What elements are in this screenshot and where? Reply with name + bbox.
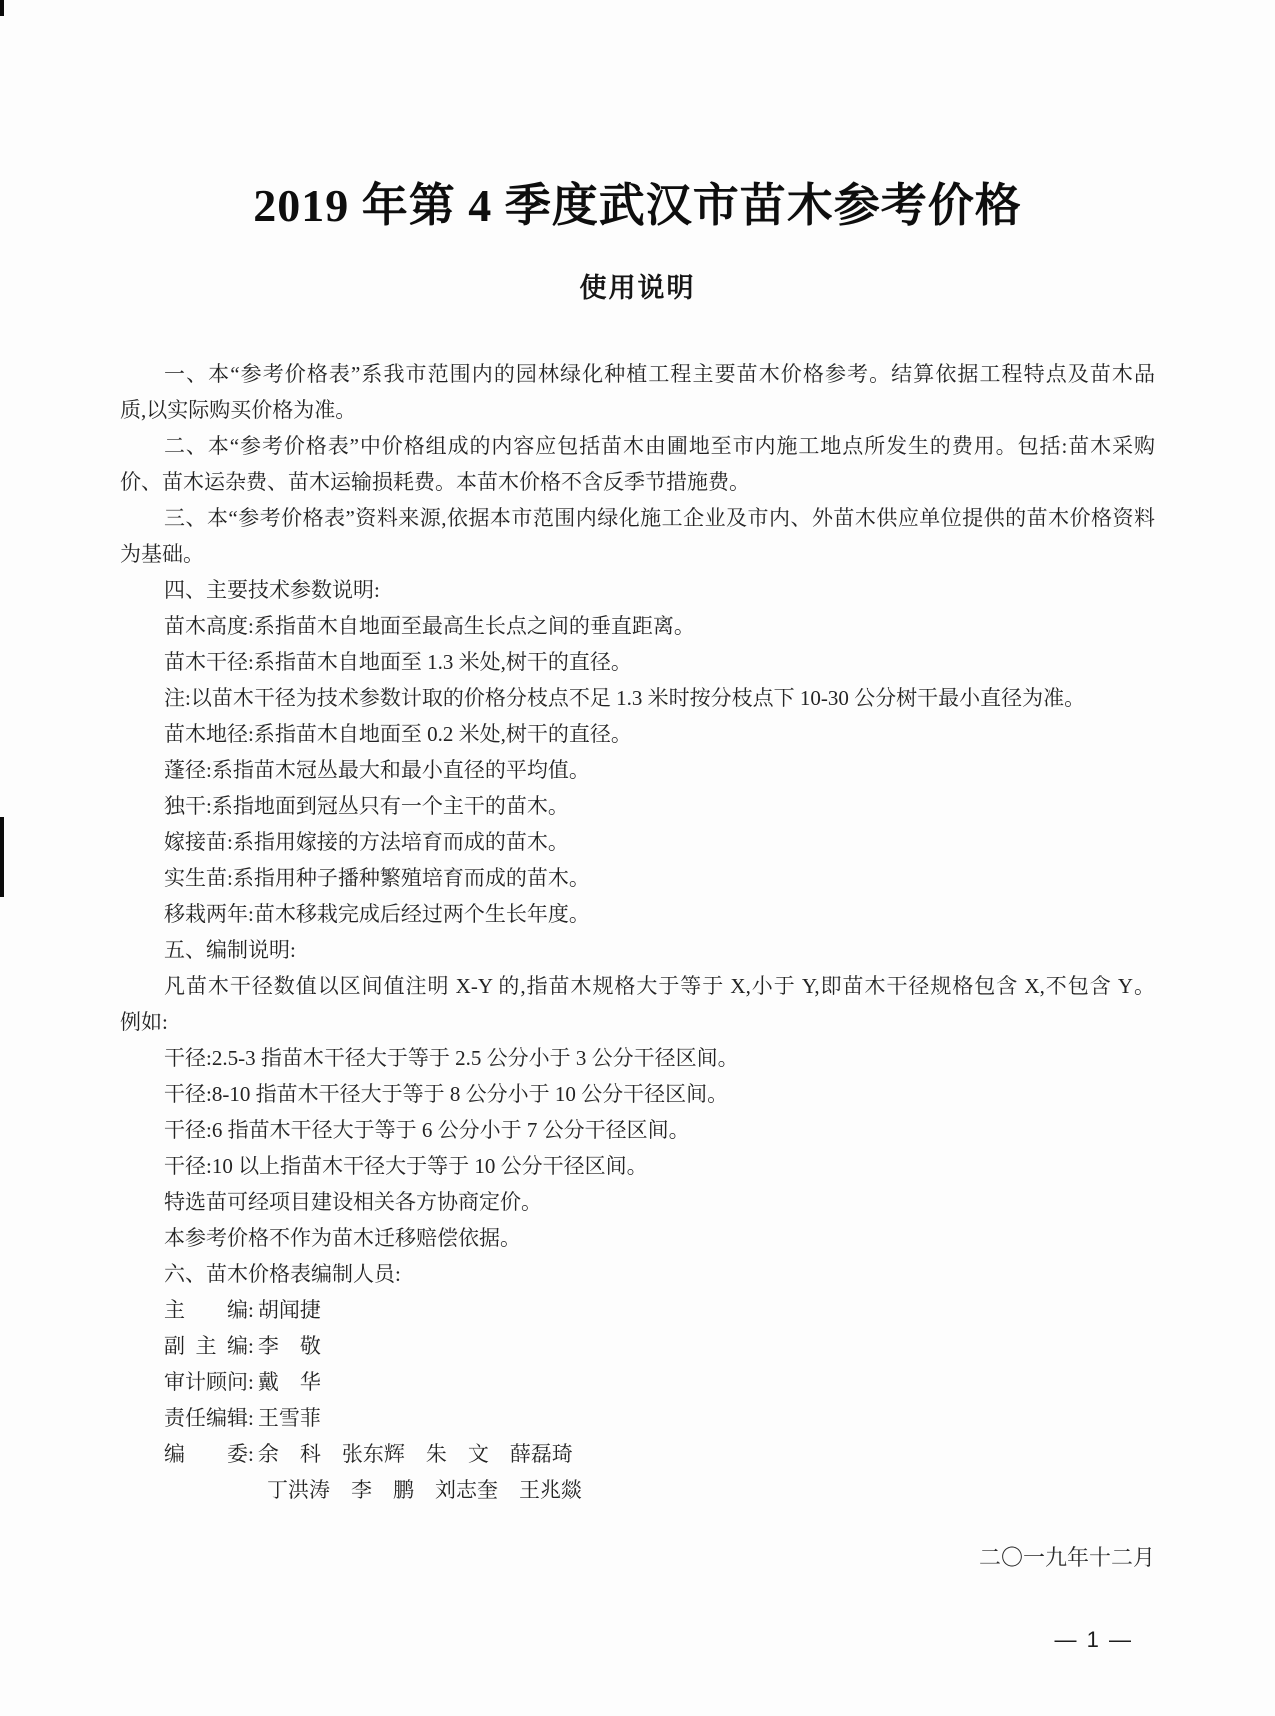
editor-colon: : [248,1364,254,1400]
editor-role-label: 副 主 编 [164,1328,248,1364]
body-text: 一、本“参考价格表”系我市范围内的园林绿化种植工程主要苗木价格参考。结算依据工程… [120,356,1155,1292]
committee-continuation: 丁洪涛 李 鹏 刘志奎 王兆燚 [120,1472,1155,1508]
body-line: 苗木干径:系指苗木自地面至 1.3 米处,树干的直径。 [120,644,1155,680]
body-line: 干径:6 指苗木干径大于等于 6 公分小于 7 公分干径区间。 [120,1112,1155,1148]
editor-names: 戴 华 [258,1364,321,1400]
editor-row: 副 主 编:李 敬 [120,1328,1155,1364]
body-line: 凡苗木干径数值以区间值注明 X-Y 的,指苗木规格大于等于 X,小于 Y,即苗木… [120,968,1155,1004]
body-line: 五、编制说明: [120,932,1155,968]
scan-artifact-corner [0,0,4,16]
scan-artifact-edge [0,817,4,897]
body-line: 注:以苗木干径为技术参数计取的价格分枝点不足 1.3 米时按分枝点下 10-30… [120,680,1155,716]
section-subtitle: 使用说明 [120,268,1155,308]
body-line: 二、本“参考价格表”中价格组成的内容应包括苗木由圃地至市内施工地点所发生的费用。… [120,428,1155,464]
body-line: 苗木高度:系指苗木自地面至最高生长点之间的垂直距离。 [120,608,1155,644]
editor-role-label: 责任编辑 [164,1400,248,1436]
body-line: 特选苗可经项目建设相关各方协商定价。 [120,1184,1155,1220]
body-line: 四、主要技术参数说明: [120,572,1155,608]
editor-names: 余 科 张东辉 朱 文 薛磊琦 [258,1436,573,1472]
body-line: 为基础。 [120,536,1155,572]
body-line: 本参考价格不作为苗木迁移赔偿依据。 [120,1220,1155,1256]
editor-row: 主 编:胡闻捷 [120,1292,1155,1328]
body-line: 苗木地径:系指苗木自地面至 0.2 米处,树干的直径。 [120,716,1155,752]
page-number: — 1 — [120,1622,1155,1658]
body-line: 一、本“参考价格表”系我市范围内的园林绿化种植工程主要苗木价格参考。结算依据工程… [120,356,1155,392]
editor-row: 编 委:余 科 张东辉 朱 文 薛磊琦 [120,1436,1155,1472]
body-line: 干径:2.5-3 指苗木干径大于等于 2.5 公分小于 3 公分干径区间。 [120,1040,1155,1076]
body-line: 三、本“参考价格表”资料来源,依据本市范围内绿化施工企业及市内、外苗木供应单位提… [120,500,1155,536]
body-line: 实生苗:系指用种子播种繁殖培育而成的苗木。 [120,860,1155,896]
editors-block: 主 编:胡闻捷副 主 编:李 敬审计顾问:戴 华责任编辑:王雪菲编 委:余 科 … [120,1292,1155,1472]
editor-colon: : [248,1400,254,1436]
editor-colon: : [248,1436,254,1472]
editor-role-label: 主 编 [164,1292,248,1328]
body-line: 质,以实际购买价格为准。 [120,392,1155,428]
editor-colon: : [248,1292,254,1328]
body-line: 六、苗木价格表编制人员: [120,1256,1155,1292]
body-line: 移栽两年:苗木移栽完成后经过两个生长年度。 [120,896,1155,932]
body-line: 价、苗木运杂费、苗木运输损耗费。本苗木价格不含反季节措施费。 [120,464,1155,500]
body-line: 嫁接苗:系指用嫁接的方法培育而成的苗木。 [120,824,1155,860]
body-line: 干径:8-10 指苗木干径大于等于 8 公分小于 10 公分干径区间。 [120,1076,1155,1112]
body-line: 独干:系指地面到冠丛只有一个主干的苗木。 [120,788,1155,824]
editor-names: 李 敬 [258,1328,321,1364]
body-line: 干径:10 以上指苗木干径大于等于 10 公分干径区间。 [120,1148,1155,1184]
editor-names: 胡闻捷 [258,1292,321,1328]
body-line: 例如: [120,1004,1155,1040]
page-content: 2019 年第 4 季度武汉市苗木参考价格 使用说明 一、本“参考价格表”系我市… [120,0,1155,1658]
body-line: 蓬径:系指苗木冠丛最大和最小直径的平均值。 [120,752,1155,788]
editor-role-label: 编 委 [164,1436,248,1472]
editor-names: 王雪菲 [258,1400,321,1436]
editor-row: 审计顾问:戴 华 [120,1364,1155,1400]
editor-row: 责任编辑:王雪菲 [120,1400,1155,1436]
document-title: 2019 年第 4 季度武汉市苗木参考价格 [120,176,1155,236]
document-page: 2019 年第 4 季度武汉市苗木参考价格 使用说明 一、本“参考价格表”系我市… [0,0,1275,1716]
doc-date: 二〇一九年十二月 [120,1540,1155,1576]
editor-colon: : [248,1328,254,1364]
editor-role-label: 审计顾问 [164,1364,248,1400]
